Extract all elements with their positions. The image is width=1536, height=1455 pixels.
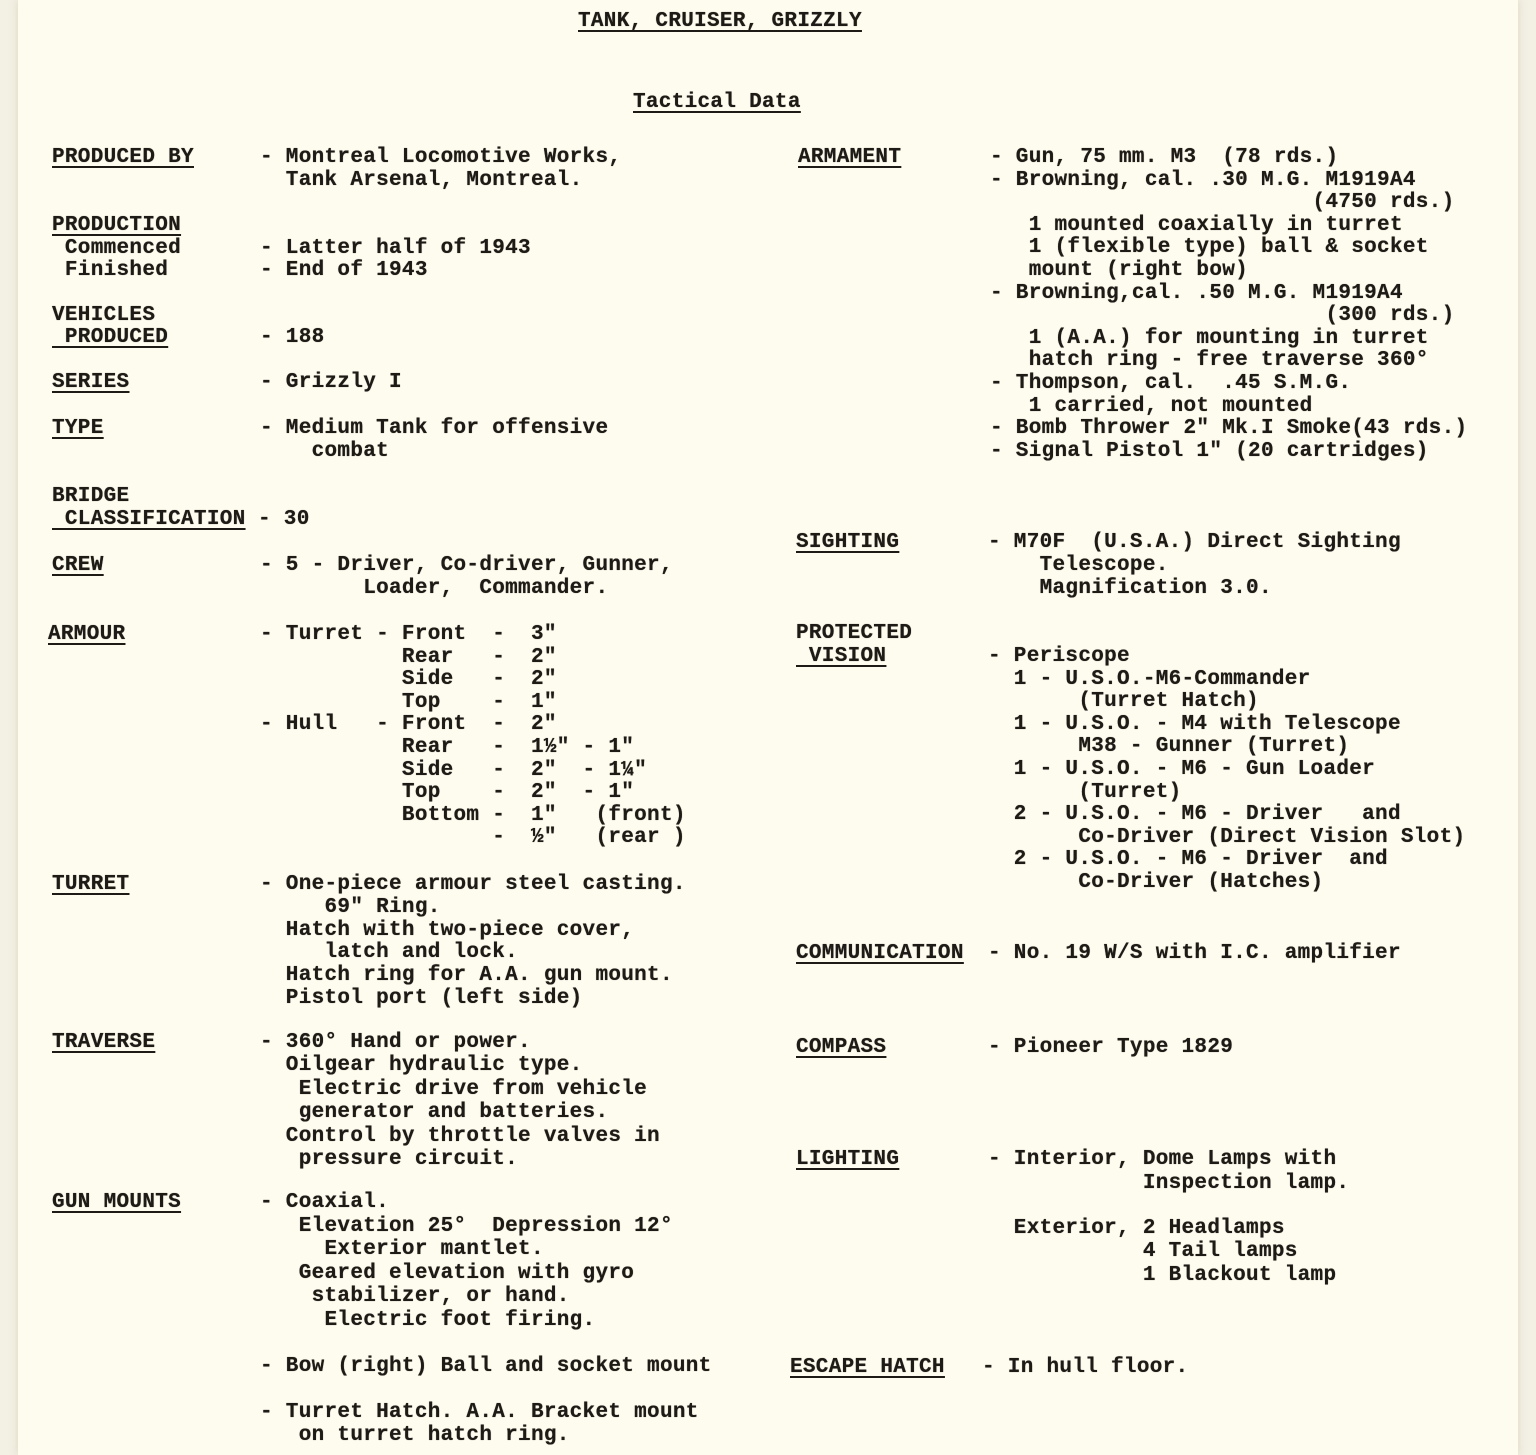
label-classification: CLASSIFICATION [52, 509, 246, 532]
value-lighting-exterior-3: 1 Blackout lamp [988, 1265, 1336, 1288]
value-crew-1: - 5 - Driver, Co-driver, Gunner, [260, 555, 673, 578]
value-type-2: combat [260, 441, 389, 464]
label-escape-hatch: ESCAPE HATCH [790, 1357, 945, 1380]
armament-line: 1 carried, not mounted [990, 396, 1313, 419]
armour-line: Bottom - 1" (front) [260, 805, 686, 828]
gun-mounts-line: Elevation 25° Depression 12° [260, 1216, 673, 1239]
traverse-line: Electric drive from vehicle [260, 1079, 647, 1102]
armament-line: - Gun, 75 mm. M3 (78 rds.) [990, 147, 1338, 170]
label-lighting: LIGHTING [796, 1149, 899, 1172]
armour-line: - Turret - Front - 3" [260, 624, 557, 647]
armament-line: 1 (A.A.) for mounting in turret [990, 328, 1429, 351]
value-gun-mounts-hatch-1: - Turret Hatch. A.A. Bracket mount [260, 1402, 699, 1425]
label-series: SERIES [52, 372, 129, 395]
turret-line: Hatch with two-piece cover, [260, 920, 634, 943]
value-lighting-exterior-1: Exterior, 2 Headlamps [988, 1218, 1285, 1241]
value-gun-mounts-hatch-2: on turret hatch ring. [260, 1425, 570, 1448]
label-vision: VISION [796, 646, 886, 669]
value-type-1: - Medium Tank for offensive [260, 418, 608, 441]
value-produced-by-2: Tank Arsenal, Montreal. [260, 170, 583, 193]
traverse-line: Control by throttle valves in [260, 1126, 660, 1149]
label-gun-mounts: GUN MOUNTS [52, 1192, 181, 1215]
turret-line: 69" Ring. [260, 897, 441, 920]
armour-line: - ½" (rear ) [260, 827, 686, 850]
protected-vision-line: (Turret Hatch) [988, 691, 1259, 714]
label-compass: COMPASS [796, 1037, 886, 1060]
label-armour: ARMOUR [48, 624, 125, 647]
armour-line: Top - 1" [260, 692, 557, 715]
gun-mounts-line: Exterior mantlet. [260, 1239, 544, 1262]
protected-vision-line: 2 - U.S.O. - M6 - Driver and [988, 804, 1401, 827]
value-series: - Grizzly I [260, 372, 402, 395]
sighting-line: Telescope. [988, 555, 1169, 578]
traverse-line: pressure circuit. [260, 1149, 518, 1172]
protected-vision-line: Co-Driver (Direct Vision Slot) [988, 827, 1465, 850]
armour-line: Side - 2" [260, 669, 557, 692]
turret-line: Pistol port (left side) [260, 988, 583, 1011]
traverse-line: generator and batteries. [260, 1102, 608, 1125]
value-communication: - No. 19 W/S with I.C. amplifier [988, 943, 1401, 966]
turret-line: - One-piece armour steel casting. [260, 874, 686, 897]
protected-vision-line: M38 - Gunner (Turret) [988, 736, 1349, 759]
sighting-line: Magnification 3.0. [988, 578, 1272, 601]
protected-vision-line: 2 - U.S.O. - M6 - Driver and [988, 849, 1388, 872]
traverse-line: Oilgear hydraulic type. [260, 1055, 583, 1078]
value-lighting-interior-1: - Interior, Dome Lamps with [988, 1149, 1336, 1172]
gun-mounts-line: stabilizer, or hand. [260, 1286, 570, 1309]
label-turret: TURRET [52, 874, 129, 897]
value-lighting-interior-2: Inspection lamp. [988, 1173, 1349, 1196]
document-title: TANK, CRUISER, GRIZZLY [578, 11, 862, 34]
armament-line: - Signal Pistol 1" (20 cartridges) [990, 441, 1429, 464]
label-sighting: SIGHTING [796, 532, 899, 555]
value-commenced: - Latter half of 1943 [260, 238, 531, 261]
label-protected: PROTECTED [796, 623, 912, 646]
label-traverse: TRAVERSE [52, 1032, 155, 1055]
gun-mounts-line: Geared elevation with gyro [260, 1263, 634, 1286]
armament-line: mount (right bow) [990, 260, 1248, 283]
armament-line: (4750 rds.) [990, 192, 1454, 215]
armour-line: Rear - 1½" - 1" [260, 737, 634, 760]
gun-mounts-line: - Coaxial. [260, 1192, 389, 1215]
protected-vision-line: - Periscope [988, 646, 1130, 669]
armament-line: - Thompson, cal. .45 S.M.G. [990, 373, 1351, 396]
turret-line: Hatch ring for A.A. gun mount. [260, 965, 673, 988]
label-type: TYPE [52, 418, 104, 441]
armament-line: - Browning, cal. .30 M.G. M1919A4 [990, 170, 1416, 193]
label-finished: Finished [52, 260, 168, 283]
label-vehicles: VEHICLES [52, 305, 155, 328]
label-production: PRODUCTION [52, 215, 181, 238]
armour-line: Rear - 2" [260, 647, 557, 670]
label-bridge: BRIDGE [52, 486, 129, 509]
traverse-line: - 360° Hand or power. [260, 1032, 531, 1055]
armament-line: 1 (flexible type) ball & socket [990, 237, 1429, 260]
label-produced-by: PRODUCED BY [52, 147, 194, 170]
value-bridge-classification: - 30 [258, 509, 310, 532]
label-communication: COMMUNICATION [796, 943, 964, 966]
gun-mounts-line: Electric foot firing. [260, 1310, 595, 1333]
label-armament: ARMAMENT [798, 147, 901, 170]
value-crew-2: Loader, Commander. [260, 578, 608, 601]
armament-line: hatch ring - free traverse 360° [990, 350, 1429, 373]
label-produced: PRODUCED [52, 327, 168, 350]
value-escape-hatch: - In hull floor. [982, 1357, 1188, 1380]
armament-line: - Browning,cal. .50 M.G. M1919A4 [990, 283, 1403, 306]
armament-line: 1 mounted coaxially in turret [990, 215, 1403, 238]
armament-line: - Bomb Thrower 2" Mk.I Smoke(43 rds.) [990, 418, 1467, 441]
sighting-line: - M70F (U.S.A.) Direct Sighting [988, 532, 1401, 555]
value-produced-by-1: - Montreal Locomotive Works, [260, 147, 621, 170]
protected-vision-line: (Turret) [988, 782, 1182, 805]
value-vehicles-produced: - 188 [260, 327, 325, 350]
armament-line: (300 rds.) [990, 305, 1454, 328]
protected-vision-line: 1 - U.S.O.-M6-Commander [988, 669, 1311, 692]
value-lighting-exterior-2: 4 Tail lamps [988, 1241, 1298, 1264]
protected-vision-line: Co-Driver (Hatches) [988, 872, 1323, 895]
document-subtitle: Tactical Data [633, 92, 801, 115]
turret-line: latch and lock. [260, 942, 518, 965]
value-gun-mounts-bow: - Bow (right) Ball and socket mount [260, 1356, 712, 1379]
label-commenced: Commenced [52, 238, 181, 261]
armour-line: Side - 2" - 1¼" [260, 760, 647, 783]
protected-vision-line: 1 - U.S.O. - M4 with Telescope [988, 714, 1401, 737]
armour-line: Top - 2" - 1" [260, 782, 634, 805]
armour-line: - Hull - Front - 2" [260, 714, 557, 737]
protected-vision-line: 1 - U.S.O. - M6 - Gun Loader [988, 759, 1375, 782]
value-finished: - End of 1943 [260, 260, 428, 283]
value-compass: - Pioneer Type 1829 [988, 1037, 1233, 1060]
label-crew: CREW [52, 555, 104, 578]
